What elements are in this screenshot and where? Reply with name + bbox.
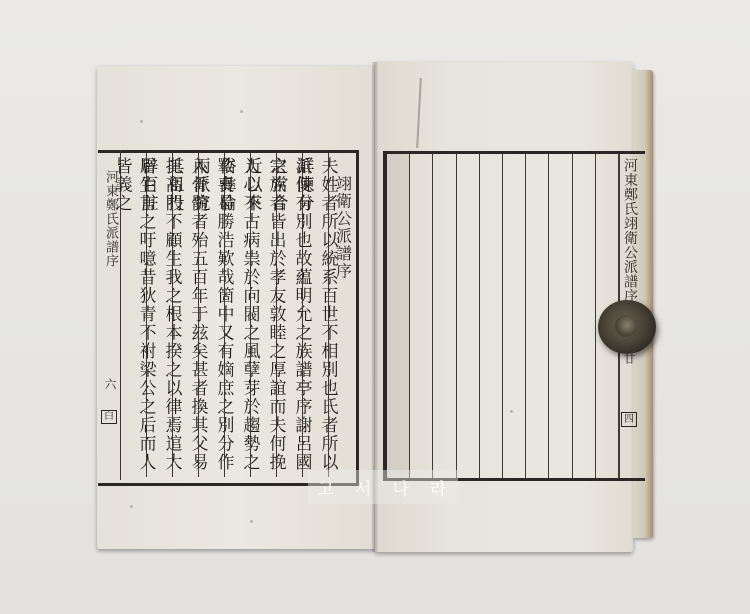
paper-spot bbox=[140, 120, 143, 123]
ruled-column bbox=[410, 154, 433, 478]
open-book: 河東鄭氏派譜序 六 白 翊衛公派譜序 夫姓者所以統系百世不相別也氏者所以詳陳分 … bbox=[0, 0, 750, 614]
ruled-column bbox=[457, 154, 480, 478]
paperweight bbox=[598, 300, 656, 354]
watermark-char: 나 bbox=[393, 475, 411, 500]
ruled-column bbox=[573, 154, 596, 478]
paperweight-knob bbox=[615, 315, 637, 337]
watermark: 고 서 나 라 bbox=[308, 470, 458, 504]
ruled-column bbox=[387, 154, 410, 478]
right-fold-mark: 四 bbox=[621, 412, 637, 427]
left-text-columns: 翊衛公派譜序 夫姓者所以統系百世不相別也氏者所以詳陳分 派使有別也故藴明允之族譜… bbox=[120, 153, 356, 477]
paper-spot bbox=[510, 410, 513, 413]
ruled-column bbox=[526, 154, 549, 478]
watermark-char: 고 bbox=[318, 475, 336, 500]
ruled-column bbox=[503, 154, 526, 478]
title-column: 翊衛公派譜序 bbox=[328, 153, 356, 477]
ruled-column bbox=[480, 154, 503, 478]
right-ruled-columns bbox=[387, 154, 619, 478]
ruled-column bbox=[549, 154, 572, 478]
paper-spot bbox=[130, 505, 133, 508]
ruled-column bbox=[433, 154, 456, 478]
watermark-char: 서 bbox=[355, 475, 373, 500]
right-fold-title: 河東鄭氏翊衛公派譜序 bbox=[620, 158, 640, 303]
paper-spot bbox=[250, 520, 253, 523]
paper-spot bbox=[240, 110, 243, 113]
watermark-char: 라 bbox=[430, 475, 448, 500]
text-column: 夫姓者所以統系百世不相別也氏者所以詳陳分 bbox=[302, 153, 328, 477]
preface-title: 翊衛公派譜序 bbox=[331, 153, 355, 477]
